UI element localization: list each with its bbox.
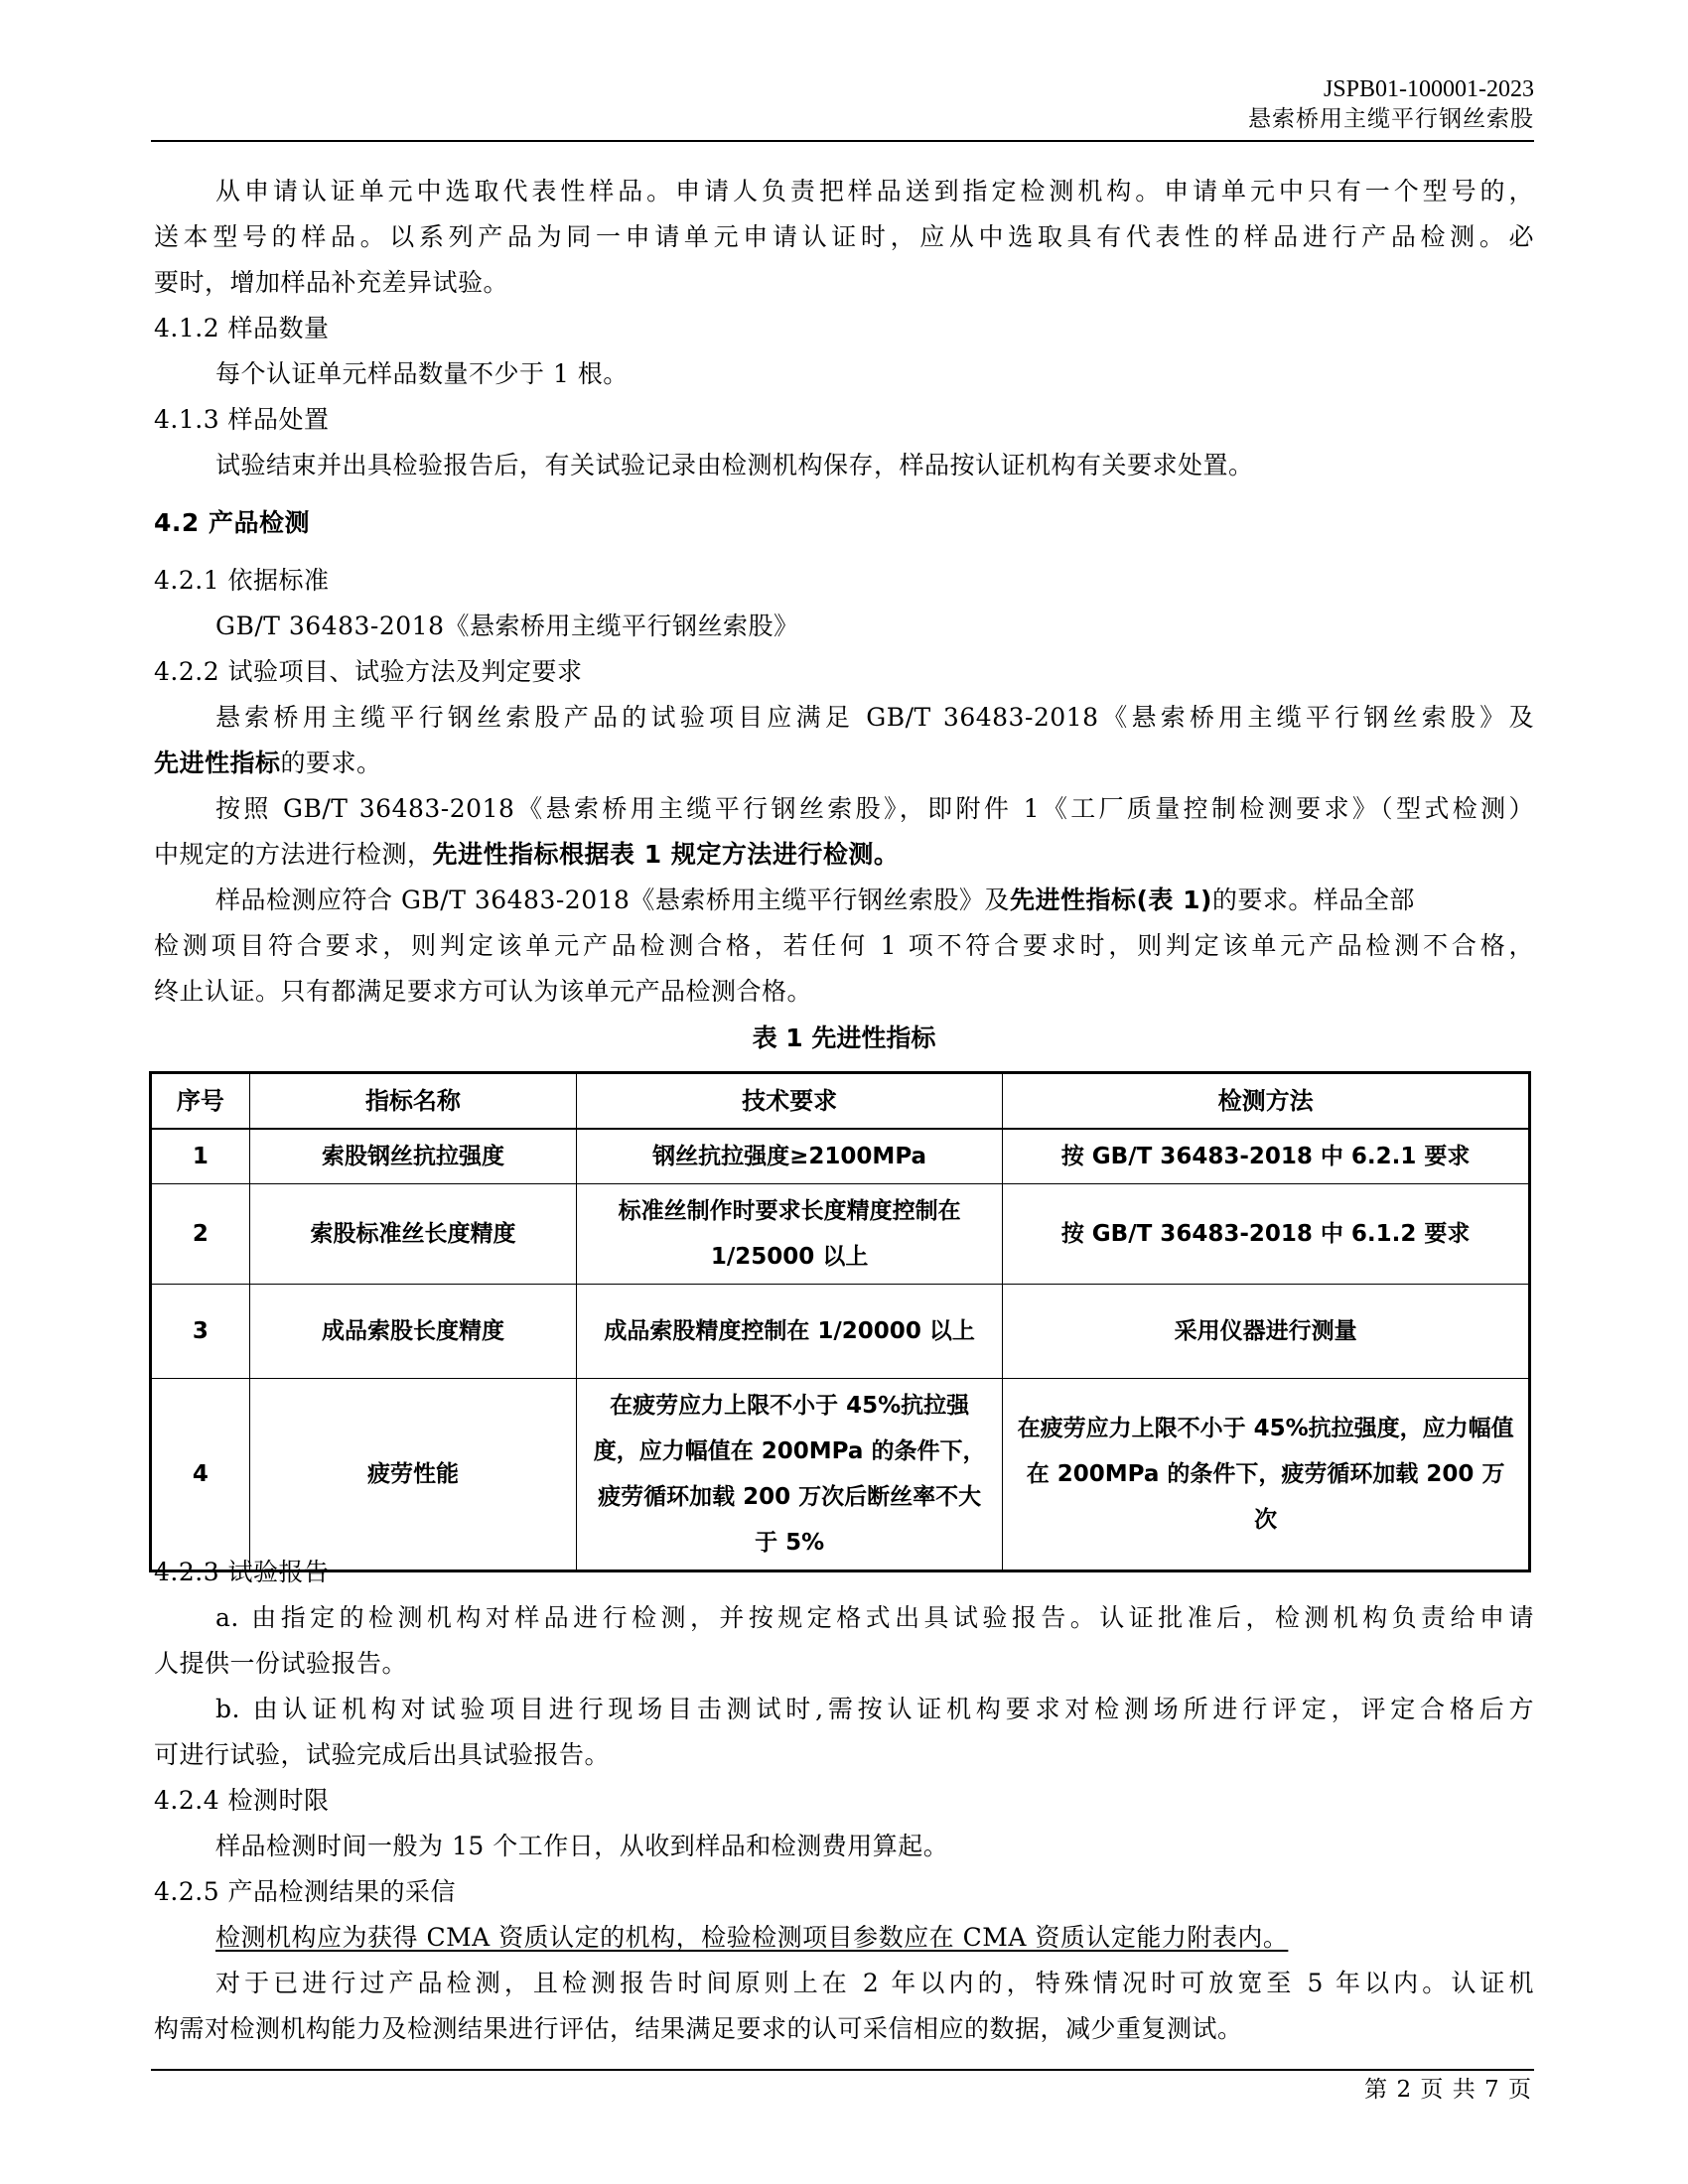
column-header-name: 指标名称 [249, 1073, 576, 1130]
section-heading-4-1-2: 4.1.2 样品数量 [154, 306, 1534, 351]
paragraph-test-period: 样品检测时间一般为 15 个工作日，从收到样品和检测费用算起。 [154, 1824, 1534, 1869]
cell-method: 按 GB/T 36483-2018 中 6.2.1 要求 [1003, 1129, 1530, 1184]
paragraph-standard: GB/T 36483-2018《悬索桥用主缆平行钢丝索股》 [154, 604, 1534, 649]
paragraph-line: 要时，增加样品补充差异试验。 [154, 260, 1534, 306]
body-content-lower: 4.2.3 试验报告 a. 由指定的检测机构对样品进行检测，并按规定格式出具试验… [154, 1550, 1534, 2052]
table-row: 1 索股钢丝抗拉强度 钢丝抗拉强度≥2100MPa 按 GB/T 36483-2… [151, 1129, 1530, 1184]
table-header-row: 序号 指标名称 技术要求 检测方法 [151, 1073, 1530, 1130]
paragraph-line: 对于已进行过产品检测，且检测报告时间原则上在 2 年以内的，特殊情况时可放宽至 … [154, 1961, 1534, 2006]
section-heading-4-2-2: 4.2.2 试验项目、试验方法及判定要求 [154, 649, 1534, 695]
advanced-indicators-table: 序号 指标名称 技术要求 检测方法 1 索股钢丝抗拉强度 钢丝抗拉强度≥2100… [149, 1071, 1531, 1572]
spacer [154, 546, 1534, 558]
paragraph-sample-disposal: 试验结束并出具检验报告后，有关试验记录由检测机构保存，样品按认证机构有关要求处置… [154, 443, 1534, 488]
cell-no: 2 [151, 1184, 250, 1285]
paragraph-line: 人提供一份试验报告。 [154, 1641, 1534, 1687]
text-span: 的要求。 [281, 749, 382, 777]
paragraph-line: 送本型号的样品。以系列产品为同一申请单元申请认证时，应从中选取具有代表性的样品进… [154, 214, 1534, 260]
paragraph-sample-quantity: 每个认证单元样品数量不少于 1 根。 [154, 351, 1534, 397]
table-row: 3 成品索股长度精度 成品索股精度控制在 1/20000 以上 采用仪器进行测量 [151, 1285, 1530, 1379]
paragraph-line: 先进性指标的要求。 [154, 741, 1534, 786]
cell-no: 1 [151, 1129, 250, 1184]
paragraph-line: 构需对检测机构能力及检测结果进行评估，结果满足要求的认可采信相应的数据，减少重复… [154, 2006, 1534, 2052]
cell-name: 索股钢丝抗拉强度 [249, 1129, 576, 1184]
cell-method: 采用仪器进行测量 [1003, 1285, 1530, 1379]
paragraph-line: 从申请认证单元中选取代表性样品。申请人负责把样品送到指定检测机构。申请单元中只有… [154, 169, 1534, 214]
header-divider [151, 140, 1534, 142]
bold-text: 先进性指标 [154, 749, 281, 777]
cell-requirement: 在疲劳应力上限不小于 45%抗拉强度，应力幅值在 200MPa 的条件下，疲劳循… [577, 1379, 1003, 1571]
cell-name: 索股标准丝长度精度 [249, 1184, 576, 1285]
body-content: 从申请认证单元中选取代表性样品。申请人负责把样品送到指定检测机构。申请单元中只有… [154, 169, 1534, 1015]
cell-no: 4 [151, 1379, 250, 1571]
document-page: JSPB01-100001-2023 悬索桥用主缆平行钢丝索股 从申请认证单元中… [0, 0, 1688, 2184]
column-header-requirement: 技术要求 [577, 1073, 1003, 1130]
paragraph-line: 检测机构应为获得 CMA 资质认定的机构，检验检测项目参数应在 CMA 资质认定… [154, 1915, 1534, 1961]
table-row: 2 索股标准丝长度精度 标准丝制作时要求长度精度控制在 1/25000 以上 按… [151, 1184, 1530, 1285]
paragraph-line: 样品检测应符合 GB/T 36483-2018《悬索桥用主缆平行钢丝索股》及先进… [154, 878, 1534, 923]
paragraph-line: 中规定的方法进行检测，先进性指标根据表 1 规定方法进行检测。 [154, 832, 1534, 878]
cell-requirement: 成品索股精度控制在 1/20000 以上 [577, 1285, 1003, 1379]
column-header-no: 序号 [151, 1073, 250, 1130]
paragraph-line: 按照 GB/T 36483-2018《悬索桥用主缆平行钢丝索股》，即附件 1《工… [154, 786, 1534, 832]
spacer [154, 488, 1534, 500]
table-caption: 表 1 先进性指标 [0, 1019, 1688, 1058]
cell-requirement: 钢丝抗拉强度≥2100MPa [577, 1129, 1003, 1184]
paragraph-line: b. 由认证机构对试验项目进行现场目击测试时,需按认证机构要求对检测场所进行评定… [154, 1687, 1534, 1732]
section-heading-4-2: 4.2 产品检测 [154, 500, 1534, 546]
section-heading-4-1-3: 4.1.3 样品处置 [154, 397, 1534, 443]
section-heading-4-2-4: 4.2.4 检测时限 [154, 1778, 1534, 1824]
cell-method: 按 GB/T 36483-2018 中 6.1.2 要求 [1003, 1184, 1530, 1285]
column-header-method: 检测方法 [1003, 1073, 1530, 1130]
paragraph-line: 终止认证。只有都满足要求方可认为该单元产品检测合格。 [154, 969, 1534, 1015]
bold-text: 先进性指标根据表 1 规定方法进行检测。 [433, 840, 900, 869]
text-span: 样品检测应符合 GB/T 36483-2018《悬索桥用主缆平行钢丝索股》及 [215, 886, 1010, 914]
paragraph-line: 悬索桥用主缆平行钢丝索股产品的试验项目应满足 GB/T 36483-2018《悬… [154, 695, 1534, 741]
section-heading-4-2-1: 4.2.1 依据标准 [154, 558, 1534, 604]
table-row: 4 疲劳性能 在疲劳应力上限不小于 45%抗拉强度，应力幅值在 200MPa 的… [151, 1379, 1530, 1571]
section-heading-4-2-3: 4.2.3 试验报告 [154, 1550, 1534, 1595]
document-code: JSPB01-100001-2023 [1324, 75, 1534, 103]
page-number: 第 2 页 共 7 页 [1364, 2075, 1532, 2105]
text-span: 中规定的方法进行检测， [154, 840, 433, 869]
cell-name: 成品索股长度精度 [249, 1285, 576, 1379]
cell-requirement: 标准丝制作时要求长度精度控制在 1/25000 以上 [577, 1184, 1003, 1285]
cell-no: 3 [151, 1285, 250, 1379]
paragraph-line: 可进行试验，试验完成后出具试验报告。 [154, 1732, 1534, 1778]
footer-divider [151, 2069, 1534, 2071]
cell-method: 在疲劳应力上限不小于 45%抗拉强度，应力幅值在 200MPa 的条件下，疲劳循… [1003, 1379, 1530, 1571]
cell-name: 疲劳性能 [249, 1379, 576, 1571]
document-title: 悬索桥用主缆平行钢丝索股 [1248, 105, 1534, 133]
paragraph-line: 检测项目符合要求，则判定该单元产品检测合格，若任何 1 项不符合要求时，则判定该… [154, 923, 1534, 969]
underlined-text: 检测机构应为获得 CMA 资质认定的机构，检验检测项目参数应在 CMA 资质认定… [215, 1923, 1288, 1952]
paragraph-line: a. 由指定的检测机构对样品进行检测，并按规定格式出具试验报告。认证批准后，检测… [154, 1595, 1534, 1641]
bold-text: 先进性指标(表 1) [1010, 886, 1212, 914]
text-span: 的要求。样品全部 [1212, 886, 1415, 914]
section-heading-4-2-5: 4.2.5 产品检测结果的采信 [154, 1869, 1534, 1915]
